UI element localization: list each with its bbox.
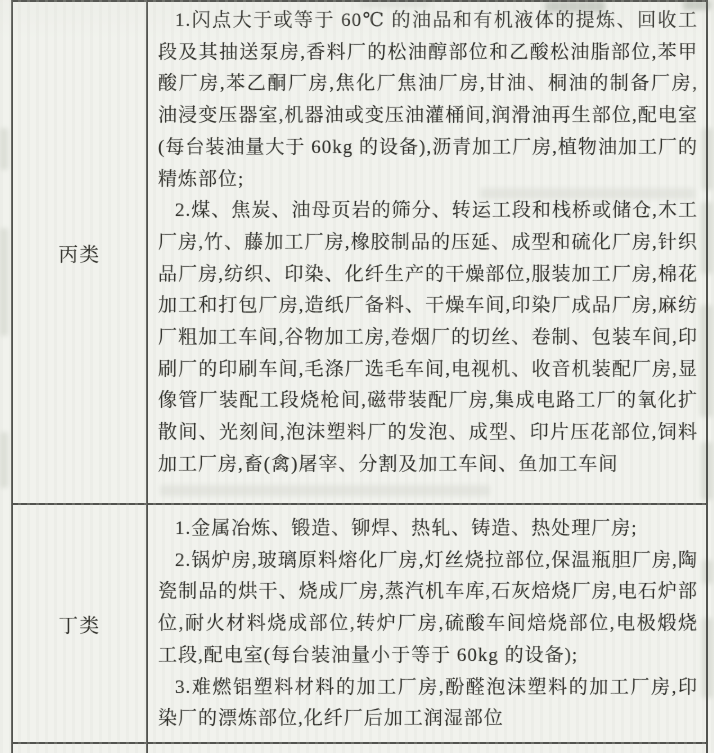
- category-cell: [13, 744, 148, 753]
- category-label-ding: 丁类: [58, 610, 100, 638]
- description-cell: 1.金属冶炼、锻造、铆焊、热轧、铸造、热处理厂房; 2.锅炉房,玻璃原料熔化厂房…: [148, 505, 706, 742]
- scanned-document-page: 丙类 1.闪点大于或等于 60℃ 的油品和有机液体的提炼、回收工段及其抽送泵房,…: [0, 0, 714, 753]
- bleedthrough-smudge: [0, 128, 8, 170]
- clause-paragraph: 1.金属冶炼、锻造、铆焊、热轧、铸造、热处理厂房;: [158, 513, 698, 545]
- table-row-class-ding: 丁类 1.金属冶炼、锻造、铆焊、热轧、铸造、热处理厂房; 2.锅炉房,玻璃原料熔…: [13, 505, 706, 744]
- bleedthrough-smudge: [0, 432, 8, 488]
- table-row-class-bing: 丙类 1.闪点大于或等于 60℃ 的油品和有机液体的提炼、回收工段及其抽送泵房,…: [13, 0, 706, 505]
- category-label-bing: 丙类: [58, 239, 100, 267]
- clause-paragraph: 3.难燃铝塑料材料的加工厂房,酚醛泡沫塑料的加工厂房,印染厂的漂炼部位,化纤厂后…: [158, 672, 698, 735]
- category-cell: 丁类: [13, 505, 148, 742]
- bleedthrough-smudge: [0, 228, 8, 336]
- table-row-partial: [13, 744, 706, 753]
- category-cell: 丙类: [13, 2, 148, 503]
- description-cell: 1.闪点大于或等于 60℃ 的油品和有机液体的提炼、回收工段及其抽送泵房,香料厂…: [148, 2, 706, 503]
- clause-paragraph: 2.煤、焦炭、油母页岩的筛分、转运工段和栈桥或储仓,木工厂房,竹、藤加工厂房,橡…: [158, 195, 698, 480]
- description-cell: [148, 744, 706, 753]
- hazard-classification-table: 丙类 1.闪点大于或等于 60℃ 的油品和有机液体的提炼、回收工段及其抽送泵房,…: [11, 0, 708, 753]
- clause-paragraph: 2.锅炉房,玻璃原料熔化厂房,灯丝烧拉部位,保温瓶胆厂房,陶瓷制品的烘干、烧成厂…: [158, 545, 698, 672]
- clause-paragraph: 1.闪点大于或等于 60℃ 的油品和有机液体的提炼、回收工段及其抽送泵房,香料厂…: [158, 5, 698, 195]
